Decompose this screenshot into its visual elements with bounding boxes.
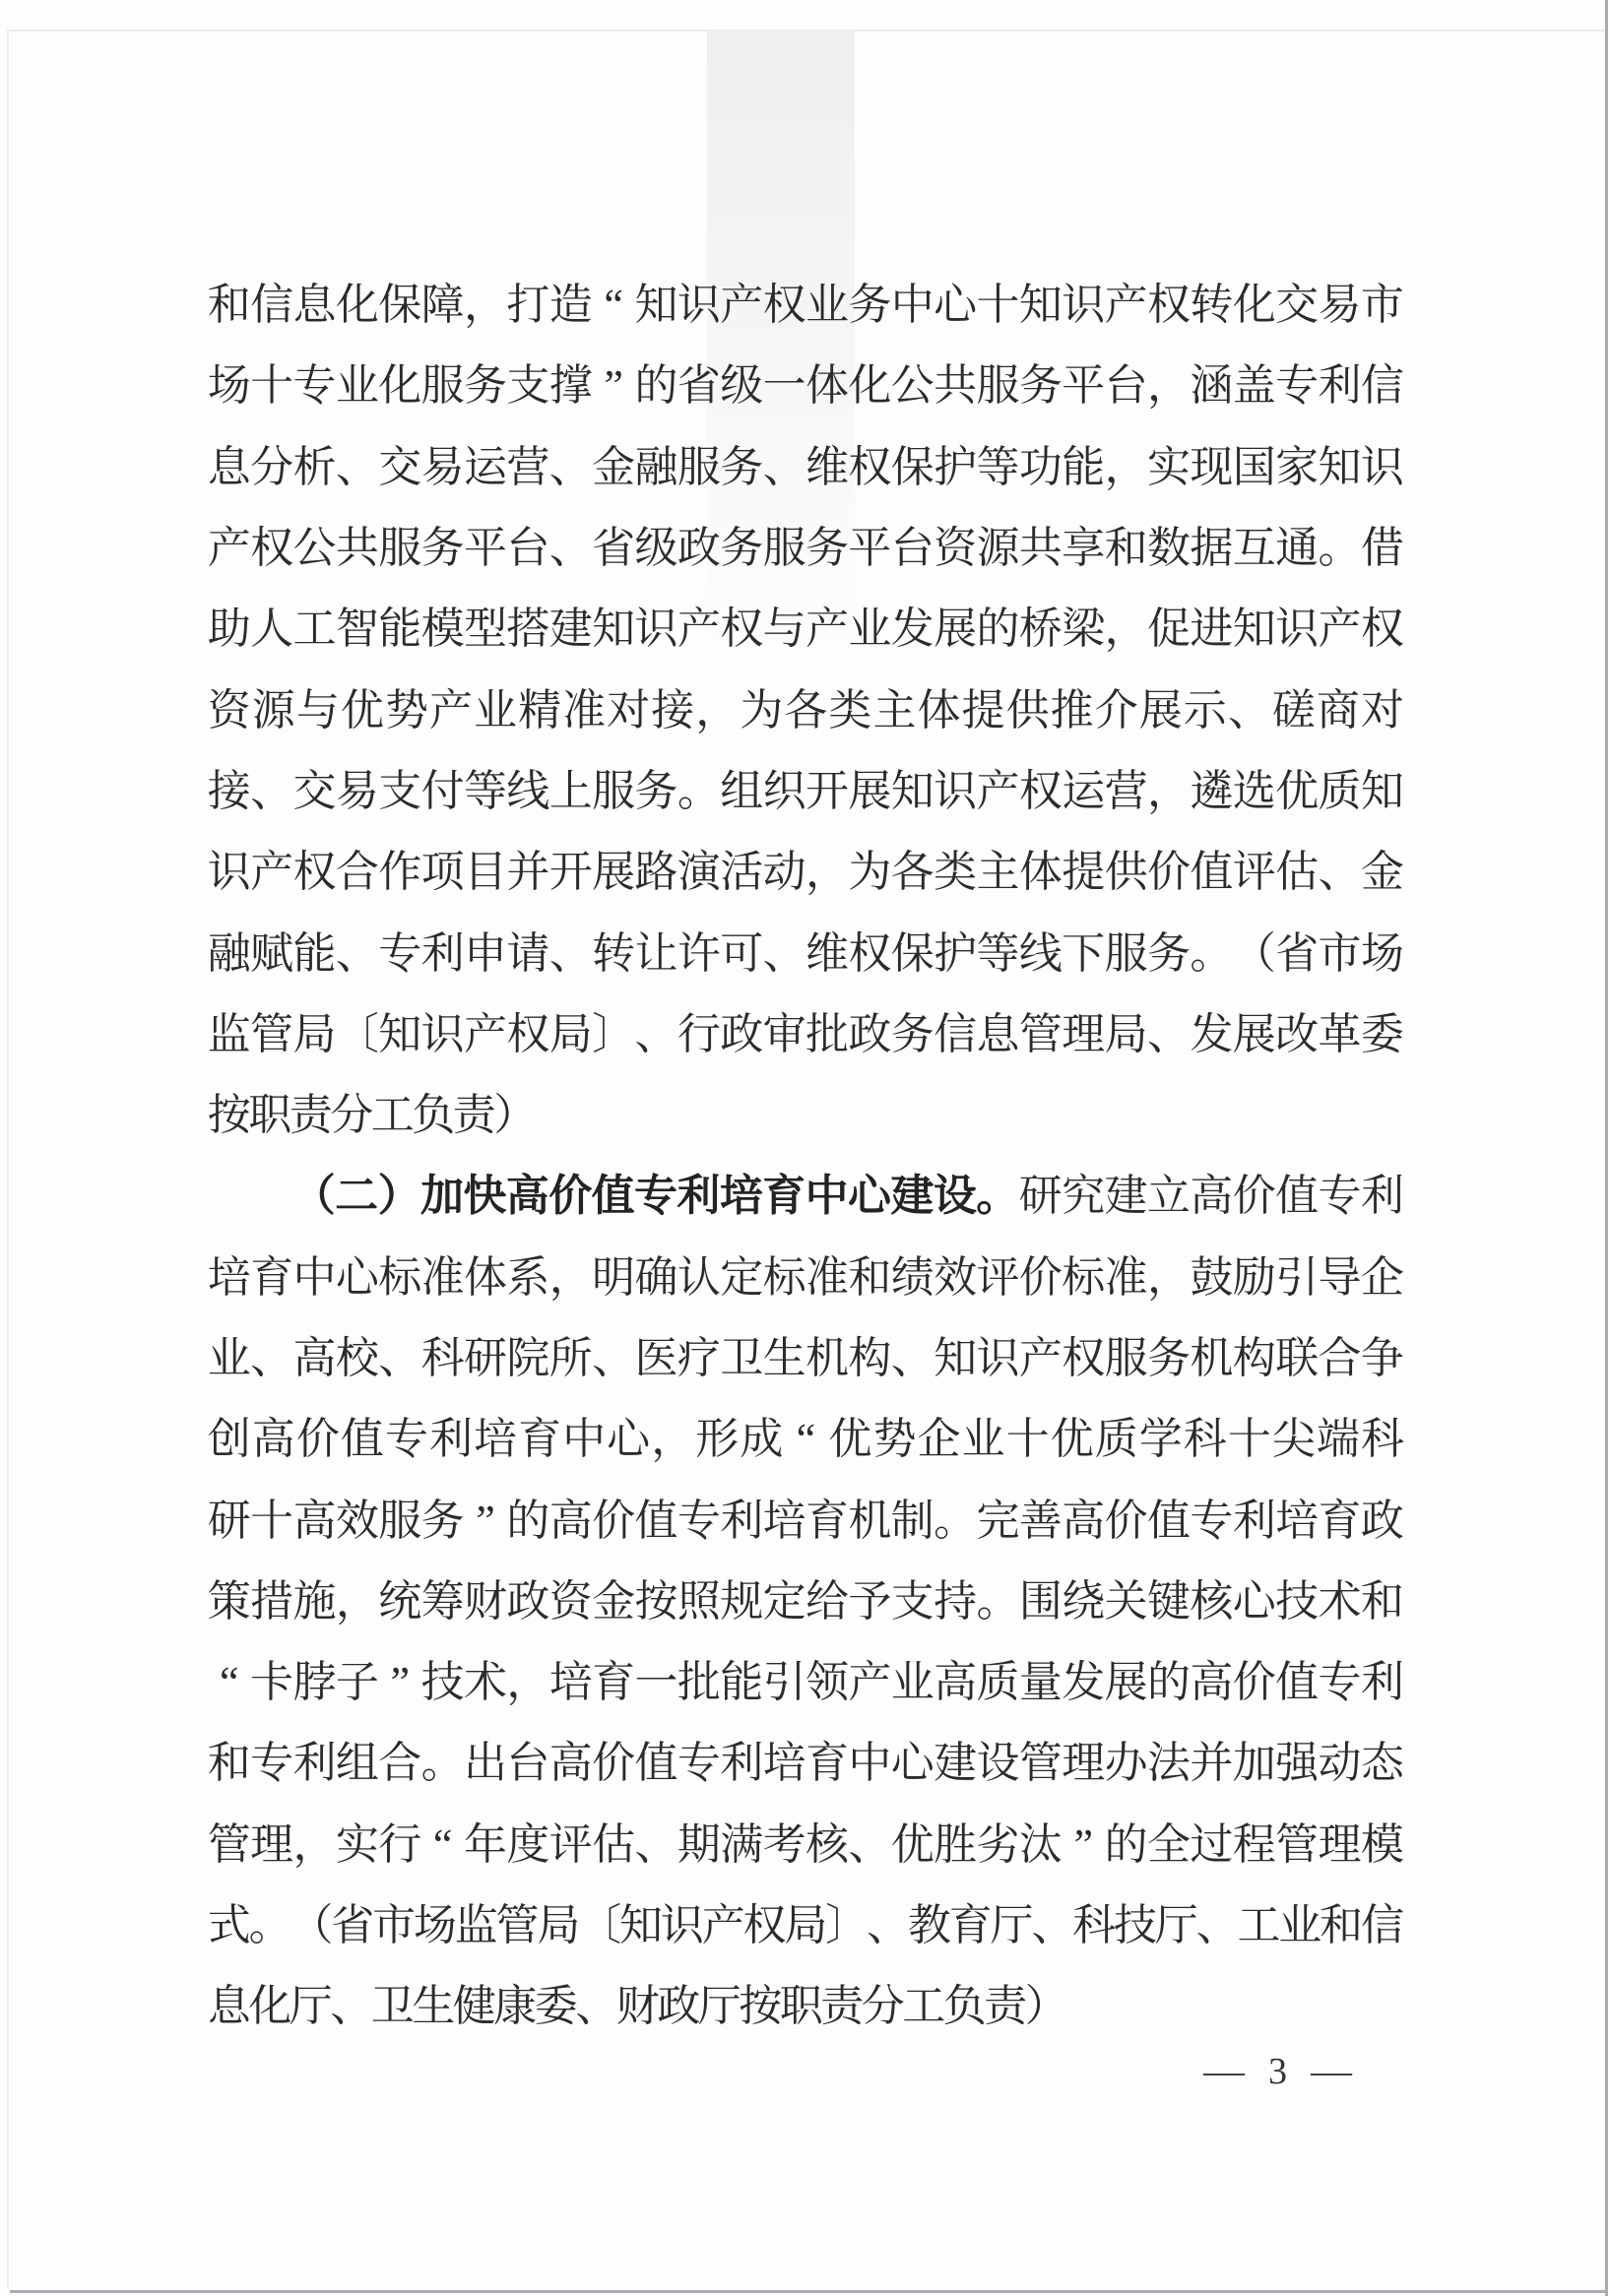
character: 业 <box>850 607 891 651</box>
character: 高 <box>934 1661 976 1704</box>
character: 为 <box>850 851 891 894</box>
character: 展 <box>1106 1661 1147 1704</box>
text-line: 接、交易支付等线上服务。组织开展知识产权运营，遴选优质知 <box>209 751 1403 832</box>
character: 权 <box>1362 607 1403 651</box>
character: 示 <box>1185 689 1226 733</box>
character: 作 <box>380 851 421 894</box>
character: 并 <box>1192 1742 1233 1785</box>
character: 中 <box>294 1256 336 1300</box>
character: 各 <box>786 689 827 733</box>
character: 活 <box>722 851 763 894</box>
character: 能 <box>1063 446 1105 489</box>
character: 理 <box>1063 1013 1105 1056</box>
character: 成 <box>741 1418 783 1461</box>
character: 培 <box>209 1256 250 1300</box>
character: 动 <box>764 851 805 894</box>
character: 厅 <box>290 1985 332 2028</box>
character: 筹 <box>422 1580 464 1624</box>
character: 务 <box>422 1499 464 1543</box>
character: 遴 <box>1192 770 1233 813</box>
character: 培 <box>1276 1499 1318 1543</box>
character: 效 <box>934 1256 976 1300</box>
character: 育 <box>251 1256 292 1300</box>
character: 优 <box>892 1823 934 1867</box>
character: 校 <box>337 1337 378 1380</box>
character: 型 <box>465 607 506 651</box>
character: 确 <box>636 1256 677 1300</box>
character: 学 <box>1140 1418 1182 1461</box>
character: 质 <box>978 1661 1019 1704</box>
character: 展 <box>593 851 634 894</box>
character: 势 <box>386 689 427 733</box>
character: 疗 <box>678 1337 720 1380</box>
character: 卫 <box>372 1985 414 2028</box>
character: 产 <box>430 689 472 733</box>
character: 展 <box>1234 1013 1275 1056</box>
character: 信 <box>1362 1904 1403 1947</box>
character: 供 <box>1106 851 1147 894</box>
character: 识 <box>1276 607 1318 651</box>
character: 教 <box>909 1904 950 1947</box>
bold-character: 价 <box>549 1175 591 1218</box>
character: 接 <box>652 689 693 733</box>
character: 发 <box>1063 1661 1105 1704</box>
character: 。 <box>934 1499 976 1543</box>
character: 鼓 <box>1192 1256 1233 1300</box>
character: 立 <box>1148 1175 1190 1218</box>
character: 保 <box>380 284 421 327</box>
bold-character: 设 <box>934 1175 976 1218</box>
character: 障 <box>422 284 464 327</box>
character: 组 <box>337 1742 378 1785</box>
character: 提 <box>1063 851 1105 894</box>
character: 知 <box>1234 607 1275 651</box>
character: 、 <box>850 1823 891 1867</box>
character: 专 <box>678 1499 720 1543</box>
text-line: 业、高校、科研院所、医疗卫生机构、知识产权服务机构联合争 <box>209 1318 1403 1399</box>
character: 和 <box>1321 1904 1362 1947</box>
character: 心 <box>337 1256 378 1300</box>
character: 金 <box>593 446 634 489</box>
character: 产 <box>678 607 720 651</box>
character: 发 <box>892 607 934 651</box>
character: ” <box>1063 1823 1105 1867</box>
character: 融 <box>636 446 677 489</box>
character: 中 <box>892 284 934 327</box>
character: 局 <box>1106 1013 1147 1056</box>
character: 核 <box>806 1823 848 1867</box>
character: 价 <box>593 1742 634 1785</box>
character: 务 <box>1148 932 1190 976</box>
character: 出 <box>465 1742 506 1785</box>
character: 服 <box>1106 1337 1147 1380</box>
character: 易 <box>337 770 378 813</box>
character: ， <box>697 689 739 733</box>
bold-character: 中 <box>806 1175 848 1218</box>
character: 价 <box>297 1418 339 1461</box>
character: 服 <box>593 770 634 813</box>
character: 胜 <box>934 1823 976 1867</box>
character: 准 <box>563 689 605 733</box>
character: 选 <box>1234 770 1275 813</box>
character: 认 <box>678 1256 720 1300</box>
character: 权 <box>1063 1337 1105 1380</box>
character: ， <box>652 1418 693 1461</box>
character: 权 <box>764 284 805 327</box>
character: 工 <box>1239 1904 1280 1947</box>
character: 市 <box>373 1904 415 1947</box>
character: 化 <box>1234 284 1275 327</box>
character: 可 <box>722 932 763 976</box>
character: 给 <box>806 1580 848 1624</box>
character: 息 <box>294 284 336 327</box>
character: 识 <box>934 770 976 813</box>
character: 主 <box>874 689 916 733</box>
character: 务 <box>1148 1337 1190 1380</box>
page-edge-left <box>7 30 9 2288</box>
character: 、 <box>1197 1904 1239 1947</box>
character: 级 <box>722 364 763 408</box>
text-line: 助人工智能模型搭建知识产权与产业发展的桥梁，促进知识产权 <box>209 589 1403 670</box>
bold-character: 利 <box>678 1175 720 1218</box>
character: 产 <box>703 1904 744 1947</box>
character: 评 <box>978 1256 1019 1300</box>
character: 助 <box>209 607 250 651</box>
text-line: 息分析、交易运营、金融服务、维权保护等功能，实现国家知识 <box>209 427 1403 508</box>
character: “ <box>786 1418 827 1461</box>
character: 厅 <box>1156 1904 1197 1947</box>
character: 统 <box>380 1580 421 1624</box>
character: 心 <box>934 284 976 327</box>
text-line: 资源与优势产业精准对接，为各类主体提供推介展示、磋商对 <box>209 670 1403 750</box>
character: 维 <box>806 932 848 976</box>
character: 介 <box>1096 689 1137 733</box>
character: 局 <box>294 1013 336 1056</box>
character: 研 <box>209 1499 250 1543</box>
character: 平 <box>465 527 506 570</box>
character: 专 <box>678 1742 720 1785</box>
page-number-left-dash: — <box>1203 2050 1245 2093</box>
character: 功 <box>1020 446 1062 489</box>
character: 识 <box>422 1013 464 1056</box>
character: 劣 <box>978 1823 1019 1867</box>
character: 培 <box>764 1499 805 1543</box>
character: 展 <box>1140 689 1182 733</box>
character: 体 <box>806 364 848 408</box>
character: 的 <box>978 607 1019 651</box>
character: 对 <box>1362 689 1403 733</box>
character: 管 <box>1020 1742 1062 1785</box>
character: 务 <box>636 770 677 813</box>
character: 识 <box>678 284 720 327</box>
text-line: 场十专业化服务支撑”的省级一体化公共服务平台，涵盖专利信 <box>209 346 1403 426</box>
character: 知 <box>934 1337 976 1380</box>
text-line: 监管局〔知识产权局〕、行政审批政务信息管理局、发展改革委 <box>209 994 1403 1075</box>
character: 商 <box>1318 689 1359 733</box>
character: 按 <box>636 1580 677 1624</box>
character: 务 <box>722 446 763 489</box>
character: 所 <box>550 1337 592 1380</box>
character: 通 <box>1276 527 1318 570</box>
bold-character: 建 <box>892 1175 934 1218</box>
character: 、 <box>636 1013 677 1056</box>
character: 数 <box>1148 527 1190 570</box>
character: 信 <box>1362 364 1403 408</box>
character: 价 <box>593 1499 634 1543</box>
character: 和 <box>209 1742 250 1785</box>
character: 设 <box>978 1742 1019 1785</box>
character: 息 <box>209 1985 250 2028</box>
character: 科 <box>1185 1418 1226 1461</box>
character: 服 <box>380 1499 421 1543</box>
character: 办 <box>1106 1742 1147 1785</box>
character: 金 <box>1362 851 1403 894</box>
character: 评 <box>550 1823 592 1867</box>
character: 化 <box>250 1985 291 2028</box>
character: 交 <box>294 770 336 813</box>
character: 家 <box>1276 446 1318 489</box>
character: ” <box>593 364 634 408</box>
character: 护 <box>934 932 976 976</box>
character: 展 <box>850 770 891 813</box>
character: 动 <box>1320 1742 1361 1785</box>
character: 职 <box>250 1094 291 1137</box>
character: 势 <box>874 1418 916 1461</box>
character: 磋 <box>1273 689 1315 733</box>
character: 按 <box>741 1985 782 2028</box>
character: 赋 <box>251 932 292 976</box>
character: 定 <box>722 1256 763 1300</box>
character: 康 <box>495 1985 537 2028</box>
character: 局 <box>786 1904 827 1947</box>
character: 引 <box>1276 1256 1318 1300</box>
character: 等 <box>978 932 1019 976</box>
character: 产 <box>465 1013 506 1056</box>
character: 、 <box>251 770 292 813</box>
character: 价 <box>1106 1499 1147 1543</box>
character: 励 <box>1234 1256 1275 1300</box>
character: 专 <box>1320 1175 1361 1218</box>
character: 保 <box>892 932 934 976</box>
character: 与 <box>297 689 339 733</box>
text-line: （二）加快高价值专利培育中心建设。研究建立高价值专利 <box>209 1156 1403 1237</box>
character: 国 <box>1234 446 1275 489</box>
character: 十 <box>1229 1418 1270 1461</box>
character: 促 <box>1148 607 1190 651</box>
character: 满 <box>722 1823 763 1867</box>
text-line: 研十高效服务”的高价值专利培育机制。完善高价值专利培育政 <box>209 1480 1403 1561</box>
character: 专 <box>251 1742 292 1785</box>
character: 持 <box>934 1580 976 1624</box>
character: 标 <box>380 1256 421 1300</box>
character: 厅 <box>992 1904 1033 1947</box>
character: 机 <box>1192 1337 1233 1380</box>
bold-character: 高 <box>507 1175 548 1218</box>
character: 脖 <box>294 1661 336 1704</box>
character: 产 <box>1020 1337 1062 1380</box>
character: 政 <box>508 1580 549 1624</box>
character: 质 <box>1096 1418 1137 1461</box>
character: 共 <box>934 364 976 408</box>
character: 、 <box>337 932 378 976</box>
character: 息 <box>978 1013 1019 1056</box>
character: 价 <box>1020 1256 1062 1300</box>
character: 并 <box>508 851 549 894</box>
character: 培 <box>764 1742 805 1785</box>
character: 梁 <box>1063 607 1105 651</box>
character: 模 <box>1362 1823 1403 1867</box>
character: 融 <box>209 932 250 976</box>
character: 互 <box>1234 527 1275 570</box>
character: 科 <box>1073 1904 1115 1947</box>
character: 服 <box>978 364 1019 408</box>
character: 〕 <box>826 1904 868 1947</box>
character: 模 <box>422 607 464 651</box>
character: 实 <box>337 1823 378 1867</box>
character: 引 <box>764 1661 805 1704</box>
character: 育 <box>950 1904 992 1947</box>
character: 、 <box>593 1337 634 1380</box>
character: 政 <box>678 527 720 570</box>
character: “ <box>593 284 634 327</box>
character: 能 <box>722 1661 763 1704</box>
character: 培 <box>475 1418 516 1461</box>
character: 理 <box>1063 1742 1105 1785</box>
character: 台 <box>508 1742 549 1785</box>
character: 价 <box>1234 1661 1275 1704</box>
character: 监 <box>456 1904 497 1947</box>
character: ， <box>1148 1256 1190 1300</box>
character: 行 <box>380 1823 421 1867</box>
character: 共 <box>1020 527 1062 570</box>
character: 桥 <box>1020 607 1062 651</box>
character: 高 <box>550 1742 592 1785</box>
character: 市 <box>1362 284 1403 327</box>
character: 究 <box>1063 1175 1104 1218</box>
character: 合 <box>1320 1337 1361 1380</box>
character: 、 <box>1033 1904 1074 1947</box>
character: 专 <box>1192 1499 1233 1543</box>
character: 术 <box>465 1661 506 1704</box>
character: 析 <box>294 446 336 489</box>
character: 估 <box>1276 851 1318 894</box>
character: 和 <box>1106 527 1147 570</box>
character: 体 <box>1020 851 1062 894</box>
character: 发 <box>1192 1013 1233 1056</box>
character: 汰 <box>1020 1823 1062 1867</box>
character: 支 <box>380 770 421 813</box>
character: 知 <box>1362 770 1403 813</box>
character: 现 <box>1192 446 1233 489</box>
character: 共 <box>337 527 378 570</box>
character: 规 <box>722 1580 763 1624</box>
character: 技 <box>422 1661 464 1704</box>
character: 市 <box>1320 932 1361 976</box>
character: 准 <box>806 1256 848 1300</box>
character: 管 <box>497 1904 539 1947</box>
document-body: 和信息化保障，打造“知识产权业务中心十知识产权转化交易市场十专业化服务支撑”的省… <box>209 265 1403 2048</box>
character: 源 <box>978 527 1019 570</box>
character: 分 <box>332 1094 373 1137</box>
character: 支 <box>892 1580 934 1624</box>
character: 服 <box>764 527 805 570</box>
character: 利 <box>1234 1499 1275 1543</box>
text-line: 产权公共服务平台、省级政务服务平台资源共享和数据互通。借 <box>209 508 1403 589</box>
character: 分 <box>251 446 292 489</box>
character: 明 <box>593 1256 634 1300</box>
character: 卡 <box>251 1661 292 1704</box>
character: 类 <box>830 689 871 733</box>
character: 据 <box>1192 527 1233 570</box>
character: 权 <box>251 527 292 570</box>
bold-character: 值 <box>593 1175 634 1218</box>
character: 类 <box>934 851 976 894</box>
character: 提 <box>963 689 1004 733</box>
character: 科 <box>1362 1418 1403 1461</box>
character: 合 <box>380 1742 421 1785</box>
character: 企 <box>1362 1256 1403 1300</box>
character: 场 <box>209 364 250 408</box>
character: 策 <box>209 1580 250 1624</box>
character: 革 <box>1320 1013 1361 1056</box>
character: 委 <box>536 1985 577 2028</box>
text-line: 培育中心标准体系，明确认定标准和绩效评价标准，鼓励引导企 <box>209 1238 1403 1318</box>
character: 线 <box>508 770 549 813</box>
character: 利 <box>722 1742 763 1785</box>
character: 权 <box>1148 284 1190 327</box>
character: 平 <box>1063 364 1105 408</box>
character: 台 <box>892 527 934 570</box>
character: 一 <box>764 364 805 408</box>
character: 责 <box>290 1094 332 1137</box>
character: 接 <box>209 770 250 813</box>
character: 合 <box>337 851 378 894</box>
character: 权 <box>294 851 336 894</box>
character: 涵 <box>1192 364 1233 408</box>
character: 产 <box>209 527 250 570</box>
character: 标 <box>1063 1256 1105 1300</box>
page-edge-bottom <box>10 2290 1608 2293</box>
character: 技 <box>1115 1904 1156 1947</box>
character: 资 <box>209 689 250 733</box>
character: 。 <box>250 1904 291 1947</box>
character: 量 <box>1020 1661 1062 1704</box>
character: 易 <box>1320 284 1361 327</box>
character: 研 <box>1020 1175 1062 1218</box>
character: 专 <box>1320 1661 1361 1704</box>
character: 等 <box>978 446 1019 489</box>
character: 全 <box>1148 1823 1190 1867</box>
character: 育 <box>806 1499 848 1543</box>
character: （ <box>291 1904 333 1947</box>
character: 供 <box>1007 689 1049 733</box>
character: 识 <box>978 1337 1019 1380</box>
page-number-right-dash: — <box>1311 2050 1352 2093</box>
character: 育 <box>519 1418 560 1461</box>
character: 知 <box>620 1904 662 1947</box>
text-line: 管理，实行“年度评估、期满考核、优胜劣汰”的全过程管理模 <box>209 1805 1403 1885</box>
character: 价 <box>1148 851 1190 894</box>
character: 生 <box>414 1985 455 2028</box>
character: 联 <box>1276 1337 1318 1380</box>
character: 。 <box>1192 932 1233 976</box>
character: 造 <box>550 284 592 327</box>
character: 值 <box>636 1499 677 1543</box>
character: 管 <box>1020 1013 1062 1056</box>
character: 定 <box>764 1580 805 1624</box>
character: 培 <box>550 1661 592 1704</box>
page-edge-top <box>10 30 1605 32</box>
